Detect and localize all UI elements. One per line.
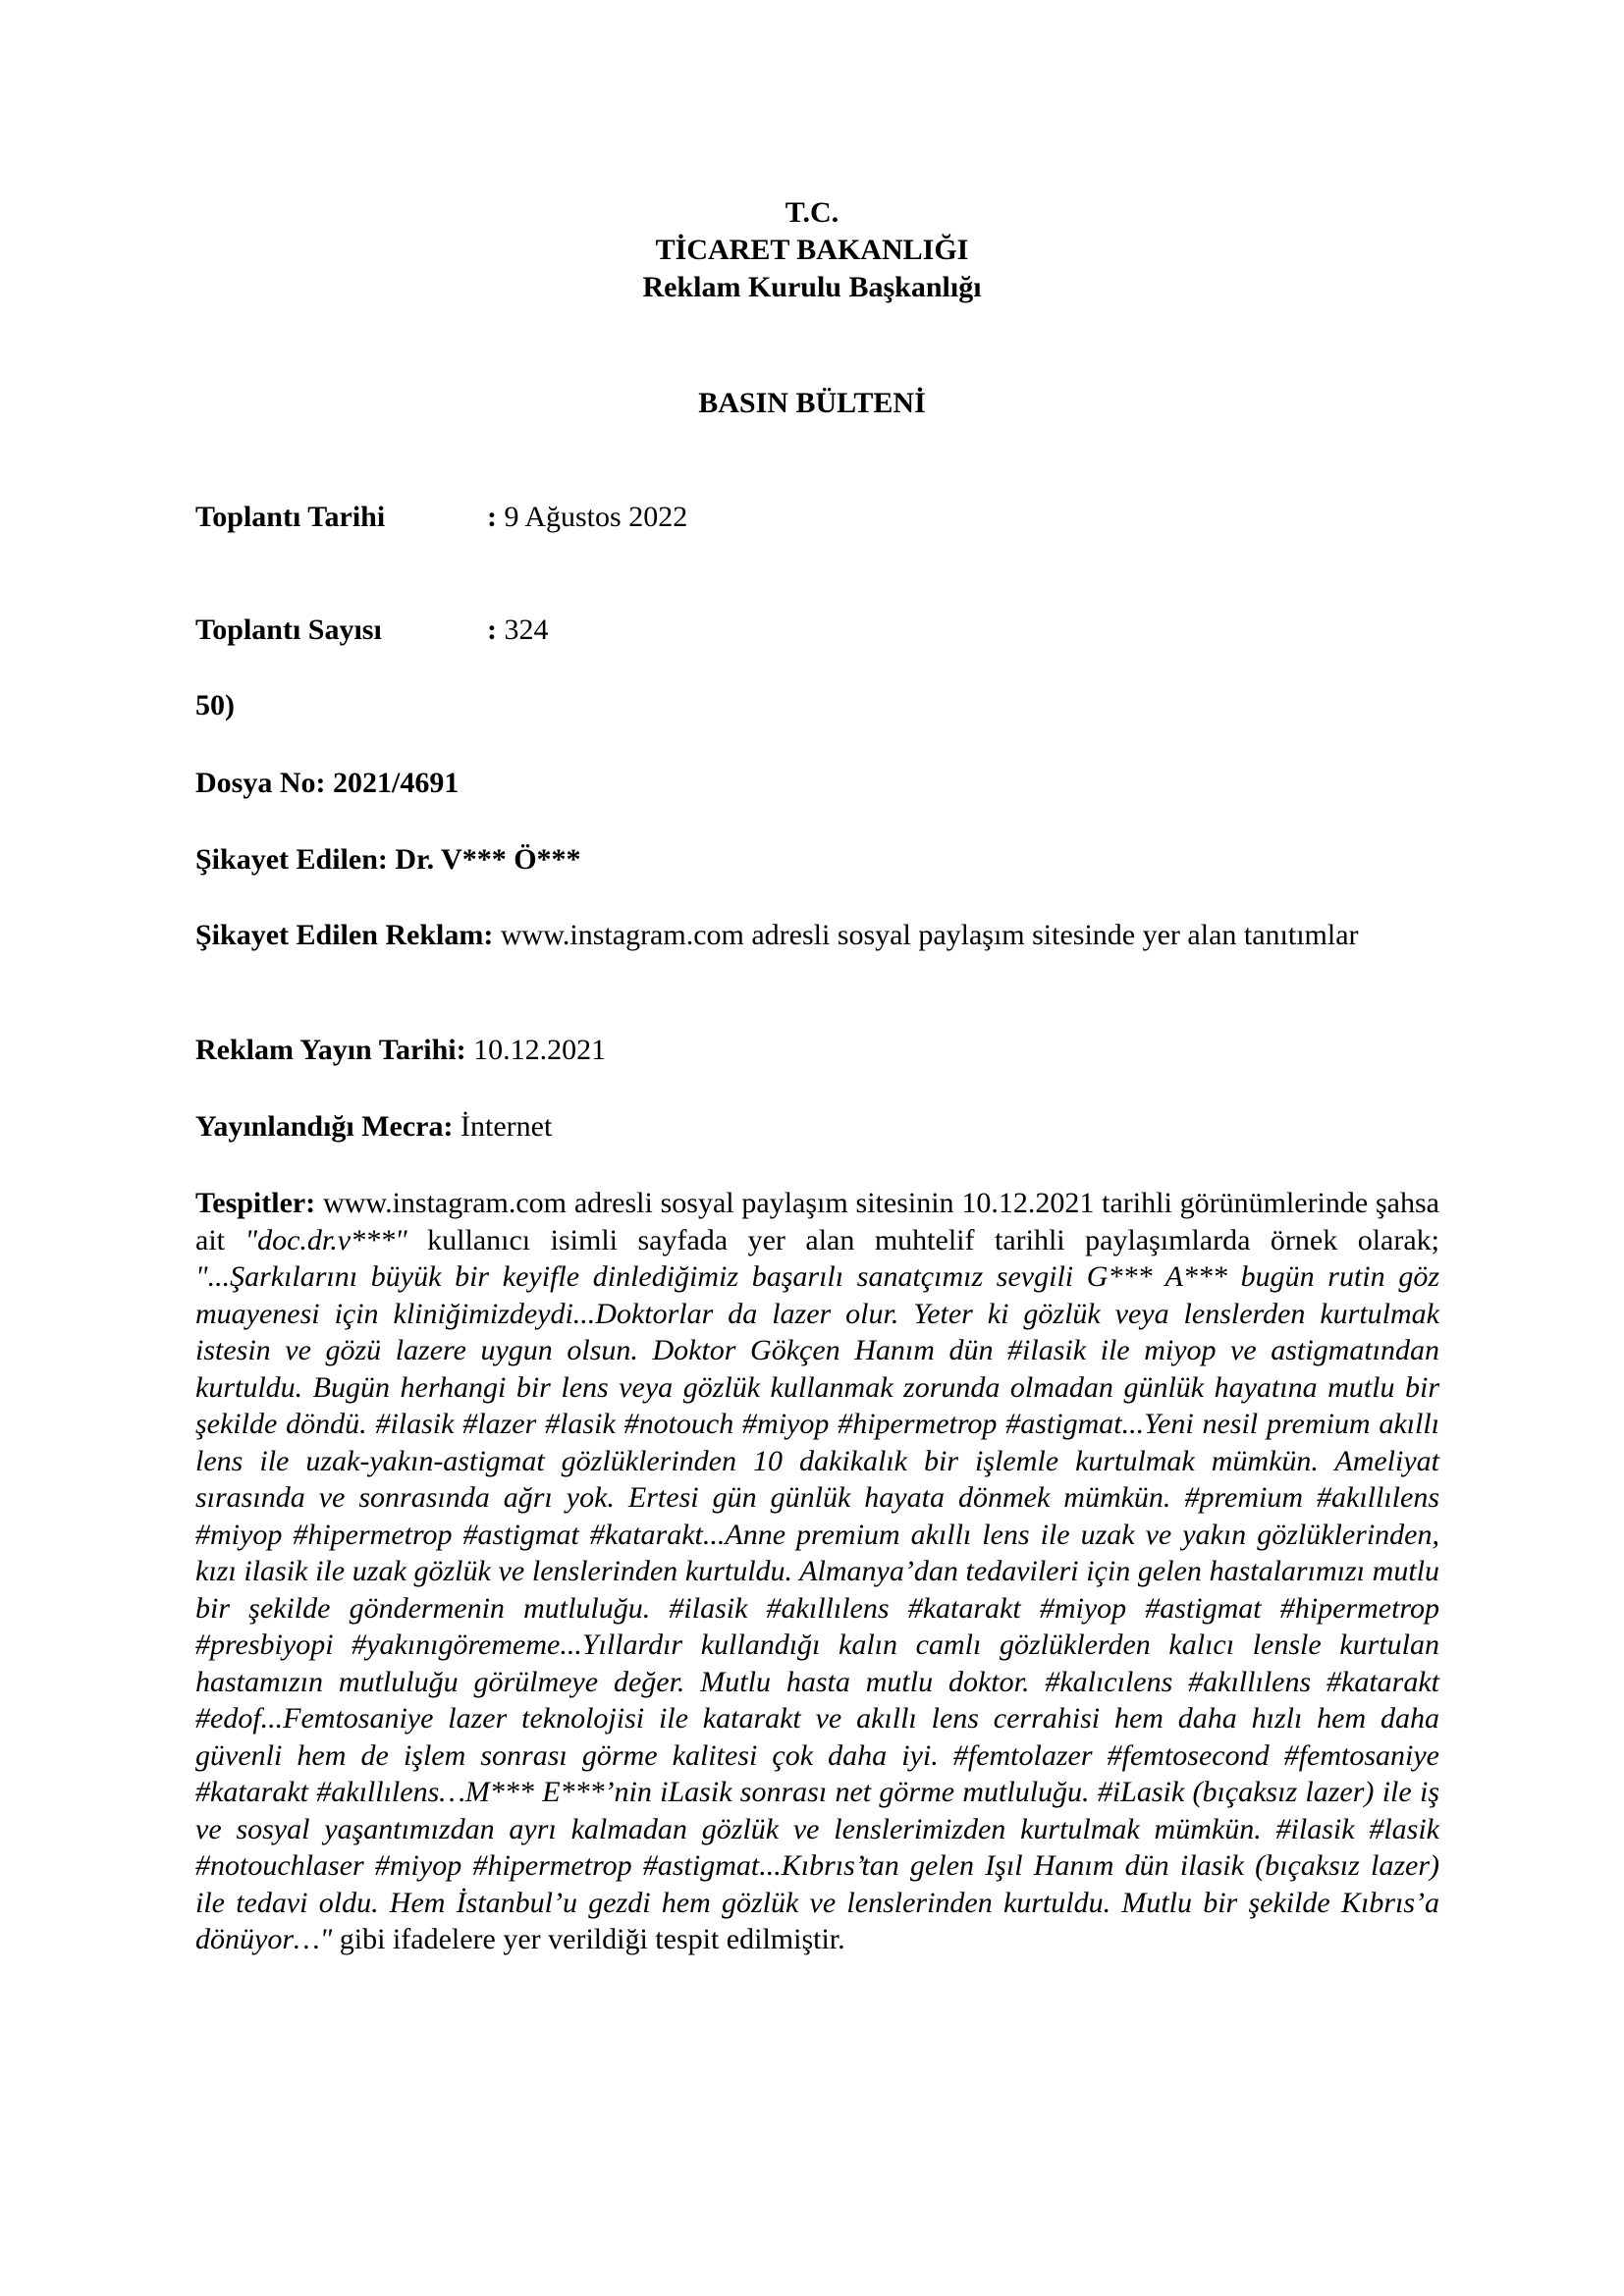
file-number-value: 2021/4691 [333, 767, 459, 799]
meeting-date-row: Toplantı Tarihi: 9 Ağustos 2022 [195, 499, 687, 536]
meeting-number-colon: : [487, 614, 497, 646]
complained-party-value: Dr. V*** Ö*** [395, 843, 580, 876]
publish-date-row: Reklam Yayın Tarihi: 10.12.2021 [195, 1032, 606, 1069]
findings-text: www.instagram.com adresli sosyal paylaşı… [195, 1187, 1439, 1955]
document-title: BASIN BÜLTENİ [0, 385, 1624, 422]
meeting-date-colon: : [487, 501, 497, 533]
medium-label: Yayınlandığı Mecra: [195, 1110, 454, 1143]
findings-text-run: kullanıcı isimli sayfada yer alan muhtel… [407, 1224, 1439, 1256]
press-release-page: T.C. TİCARET BAKANLIĞI Reklam Kurulu Baş… [0, 0, 1624, 2296]
file-number-label: Dosya No: [195, 767, 326, 799]
findings-quote-run: "...Şarkılarını büyük bir keyifle dinled… [195, 1260, 1439, 1955]
complained-ad-label: Şikayet Edilen Reklam: [195, 919, 493, 951]
findings-paragraph: Tespitler: www.instagram.com adresli sos… [195, 1185, 1439, 1958]
header-board: Reklam Kurulu Başkanlığı [0, 269, 1624, 306]
publish-date-value: 10.12.2021 [473, 1034, 606, 1066]
header-republic: T.C. [0, 194, 1624, 232]
complained-ad-value: www.instagram.com adresli sosyal paylaşı… [501, 919, 1359, 951]
complained-party-label: Şikayet Edilen: [195, 843, 388, 876]
meeting-number-value: 324 [505, 614, 549, 646]
complained-party-row: Şikayet Edilen: Dr. V*** Ö*** [195, 841, 581, 879]
publish-date-label: Reklam Yayın Tarihi: [195, 1034, 466, 1066]
meeting-date-value: 9 Ağustos 2022 [505, 501, 688, 533]
meeting-date-label: Toplantı Tarihi [195, 499, 487, 536]
medium-row: Yayınlandığı Mecra: İnternet [195, 1108, 552, 1146]
complained-ad-row: Şikayet Edilen Reklam: www.instagram.com… [195, 917, 1439, 954]
findings-quote-run: "doc.dr.v***" [244, 1224, 406, 1256]
meeting-number-label: Toplantı Sayısı [195, 612, 487, 649]
findings-text-run: gibi ifadelere yer verildiği tespit edil… [332, 1923, 844, 1955]
file-number-row: Dosya No: 2021/4691 [195, 765, 459, 802]
meeting-number-row: Toplantı Sayısı: 324 [195, 612, 549, 649]
item-number: 50) [195, 687, 235, 724]
medium-value: İnternet [460, 1110, 552, 1143]
header-ministry: TİCARET BAKANLIĞI [0, 232, 1624, 269]
findings-label: Tespitler: [195, 1187, 315, 1219]
document-header: T.C. TİCARET BAKANLIĞI Reklam Kurulu Baş… [0, 194, 1624, 306]
document-title-wrap: BASIN BÜLTENİ [0, 385, 1624, 422]
